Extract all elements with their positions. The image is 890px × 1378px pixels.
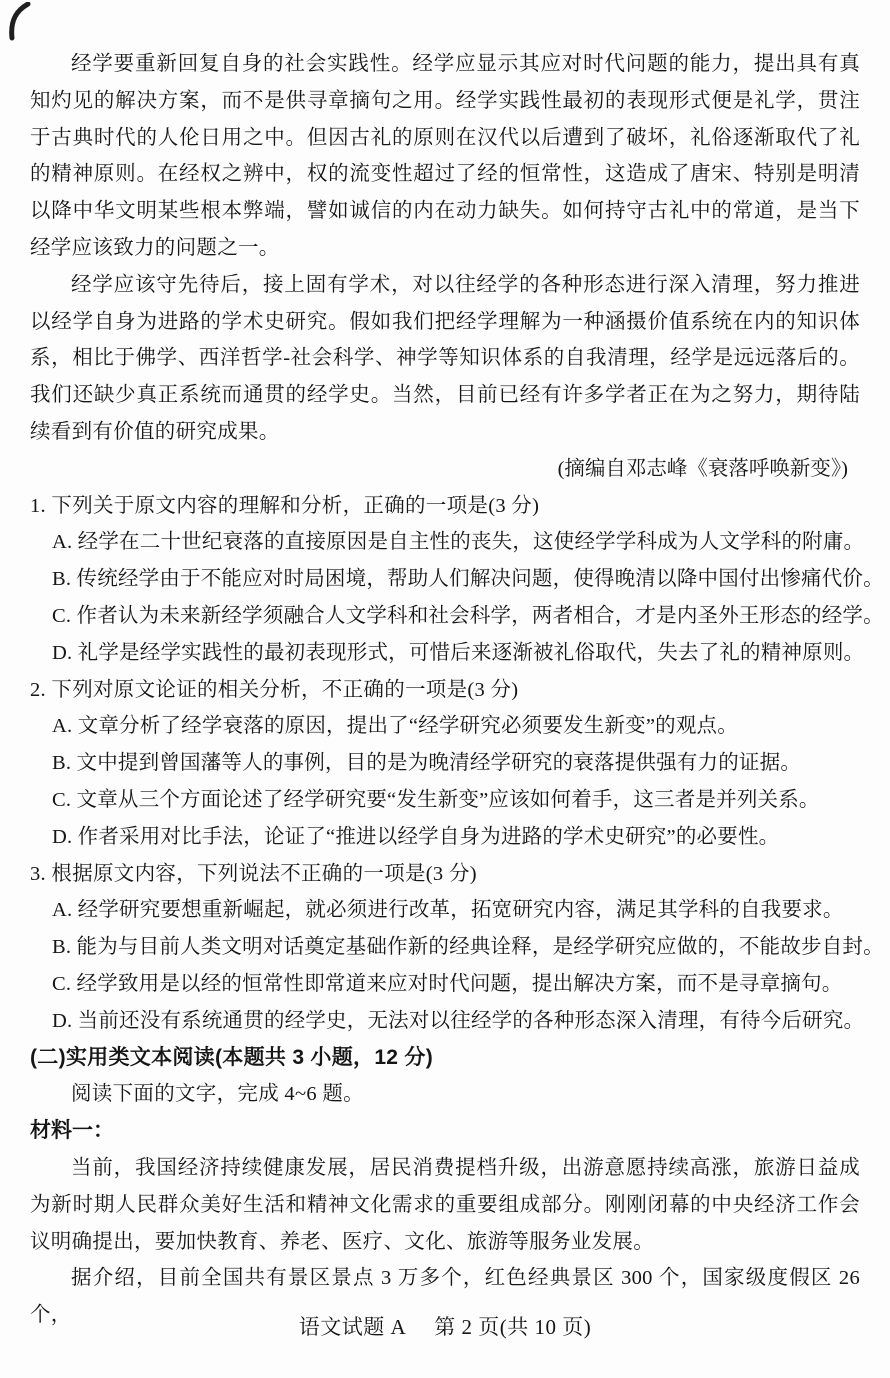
question-3-option-a: A. 经学研究要想重新崛起，就必须进行改革，拓宽研究内容，满足其学科的自我要求。 — [30, 892, 860, 929]
exam-page: { "passage1": { "paragraphs": [ "经学要重新回复… — [0, 0, 890, 1378]
exam-title-label: 语文试题 A — [299, 1315, 406, 1339]
question-3-option-d: D. 当前还没有系统通贯的经学史，无法对以往经学的各种形态深入清理，有待今后研究… — [30, 1003, 860, 1040]
question-1-option-b: B. 传统经学由于不能应对时局困境，帮助人们解决问题，使得晚清以降中国付出惨痛代… — [30, 561, 860, 598]
question-1-stem: 1. 下列关于原文内容的理解和分析，正确的一项是(3 分) — [30, 488, 860, 525]
material-paragraph-1: 当前，我国经济持续健康发展，居民消费提档升级，出游意愿持续高涨，旅游日益成为新时… — [30, 1150, 860, 1260]
question-2-option-b: B. 文中提到曾国藩等人的事例，目的是为晚清经学研究的衰落提供强有力的证据。 — [30, 745, 860, 782]
passage-paragraph-2: 经学应该守先待后，接上固有学术，对以往经学的各种形态进行深入清理，努力推进以经学… — [30, 267, 860, 451]
question-2: 2. 下列对原文论证的相关分析，不正确的一项是(3 分) A. 文章分析了经学衰… — [30, 672, 860, 856]
question-3: 3. 根据原文内容，下列说法不正确的一项是(3 分) A. 经学研究要想重新崛起… — [30, 856, 860, 1040]
question-1-option-a: A. 经学在二十世纪衰落的直接原因是自主性的丧失，这使经学学科成为人文学科的附庸… — [30, 524, 860, 561]
page-number: 第 2 页(共 10 页) — [434, 1315, 591, 1339]
question-1-option-d: D. 礼学是经学实践性的最初表现形式，可惜后来逐渐被礼俗取代，失去了礼的精神原则… — [30, 635, 860, 672]
question-2-option-d: D. 作者采用对比手法，论证了“推进以经学自身为进路的学术史研究”的必要性。 — [30, 819, 860, 856]
scan-ink-artifact — [3, 2, 37, 42]
question-2-stem: 2. 下列对原文论证的相关分析，不正确的一项是(3 分) — [30, 672, 860, 709]
passage-attribution: (摘编自邓志峰《衰落呼唤新变》) — [30, 451, 860, 488]
reading-instruction: 阅读下面的文字，完成 4~6 题。 — [30, 1076, 860, 1113]
question-3-option-b: B. 能为与目前人类文明对话奠定基础作新的经典诠释，是经学研究应做的，不能故步自… — [30, 929, 860, 966]
question-2-option-c: C. 文章从三个方面论述了经学研究要“发生新变”应该如何着手，这三者是并列关系。 — [30, 782, 860, 819]
material-label: 材料一： — [30, 1113, 860, 1150]
question-1-option-c: C. 作者认为未来新经学须融合人文学科和社会科学，两者相合，才是内圣外王形态的经… — [30, 598, 860, 635]
question-3-stem: 3. 根据原文内容，下列说法不正确的一项是(3 分) — [30, 856, 860, 893]
question-1: 1. 下列关于原文内容的理解和分析，正确的一项是(3 分) A. 经学在二十世纪… — [30, 488, 860, 672]
passage-paragraph-1: 经学要重新回复自身的社会实践性。经学应显示其应对时代问题的能力，提出具有真知灼见… — [30, 46, 860, 267]
question-2-option-a: A. 文章分析了经学衰落的原因，提出了“经学研究必须要发生新变”的观点。 — [30, 708, 860, 745]
page-footer: 语文试题 A第 2 页(共 10 页) — [0, 1312, 890, 1342]
question-3-option-c: C. 经学致用是以经的恒常性即常道来应对时代问题，提出解决方案，而不是寻章摘句。 — [30, 966, 860, 1003]
section-heading: (二)实用类文本阅读(本题共 3 小题，12 分) — [30, 1040, 860, 1077]
page-content: 经学要重新回复自身的社会实践性。经学应显示其应对时代问题的能力，提出具有真知灼见… — [30, 46, 860, 1334]
